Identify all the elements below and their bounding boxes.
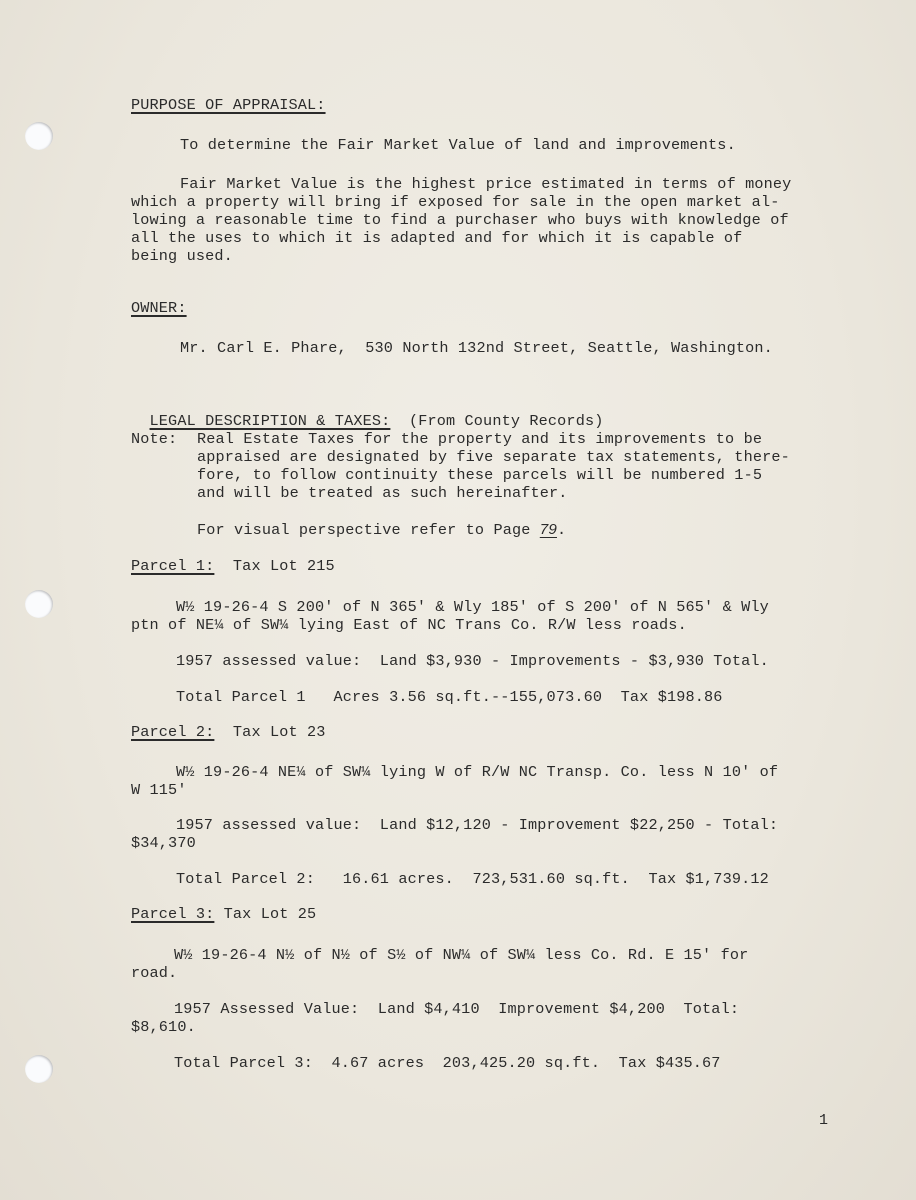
- parcel-assessed: 1957 assessed value: Land $3,930 - Impro…: [176, 652, 769, 670]
- note-line: fore, to follow continuity these parcels…: [197, 466, 762, 484]
- parcel-2-heading: Parcel 2: Tax Lot 23: [131, 723, 326, 741]
- definition-line: being used.: [131, 247, 233, 265]
- note-line: Real Estate Taxes for the property and i…: [197, 430, 762, 448]
- legal-heading: LEGAL DESCRIPTION & TAXES:: [150, 412, 391, 430]
- parcel-total: Total Parcel 3: 4.67 acres 203,425.20 sq…: [174, 1054, 721, 1072]
- page-number: 1: [819, 1112, 828, 1129]
- note-line: and will be treated as such hereinafter.: [197, 484, 568, 502]
- parcel-description: ptn of NE¼ of SW¼ lying East of NC Trans…: [131, 616, 687, 634]
- note-label: Note:: [131, 430, 177, 448]
- owner-heading: OWNER:: [131, 299, 187, 317]
- perspective-row: For visual perspective refer to Page 79.: [197, 521, 566, 539]
- definition-line: Fair Market Value is the highest price e…: [180, 175, 791, 193]
- parcel-description: road.: [131, 964, 177, 982]
- parcel-description: W½ 19-26-4 N½ of N½ of S½ of NW¼ of SW¼ …: [174, 946, 748, 964]
- definition-line: which a property will bring if exposed f…: [131, 193, 779, 211]
- punch-hole: [25, 1055, 53, 1083]
- parcel-assessed: $34,370: [131, 834, 196, 852]
- parcel-assessed: 1957 assessed value: Land $12,120 - Impr…: [176, 816, 778, 834]
- parcel-label: Parcel 2:: [131, 723, 214, 741]
- definition-line: all the uses to which it is adapted and …: [131, 229, 742, 247]
- parcel-total: Total Parcel 2: 16.61 acres. 723,531.60 …: [176, 870, 769, 888]
- punch-hole: [25, 590, 53, 618]
- parcel-assessed: $8,610.: [131, 1018, 196, 1036]
- punch-hole: [25, 122, 53, 150]
- tax-lot: Tax Lot 23: [233, 723, 326, 741]
- parcel-label: Parcel 1:: [131, 557, 214, 575]
- parcel-1-heading: Parcel 1: Tax Lot 215: [131, 557, 335, 575]
- parcel-3-heading: Parcel 3: Tax Lot 25: [131, 905, 316, 923]
- tax-lot: Tax Lot 25: [224, 905, 317, 923]
- parcel-description: W½ 19-26-4 S 200' of N 365' & Wly 185' o…: [176, 598, 769, 616]
- purpose-intro: To determine the Fair Market Value of la…: [180, 136, 736, 154]
- note-line: appraised are designated by five separat…: [197, 448, 790, 466]
- legal-heading-row: LEGAL DESCRIPTION & TAXES: (From County …: [131, 394, 603, 430]
- parcel-description: W½ 19-26-4 NE¼ of SW¼ lying W of R/W NC …: [176, 763, 778, 781]
- definition-line: lowing a reasonable time to find a purch…: [131, 211, 789, 229]
- legal-source: (From County Records): [409, 412, 604, 430]
- tax-lot: Tax Lot 215: [233, 557, 335, 575]
- parcel-description: W 115': [131, 781, 187, 799]
- purpose-heading: PURPOSE OF APPRAISAL:: [131, 96, 326, 114]
- owner-text: Mr. Carl E. Phare, 530 North 132nd Stree…: [180, 339, 773, 357]
- period: .: [557, 521, 566, 539]
- parcel-label: Parcel 3:: [131, 905, 214, 923]
- parcel-total: Total Parcel 1 Acres 3.56 sq.ft.--155,07…: [176, 688, 723, 706]
- handwritten-page-ref: 79: [540, 521, 557, 538]
- perspective-text: For visual perspective refer to Page: [197, 521, 540, 539]
- parcel-assessed: 1957 Assessed Value: Land $4,410 Improve…: [174, 1000, 739, 1018]
